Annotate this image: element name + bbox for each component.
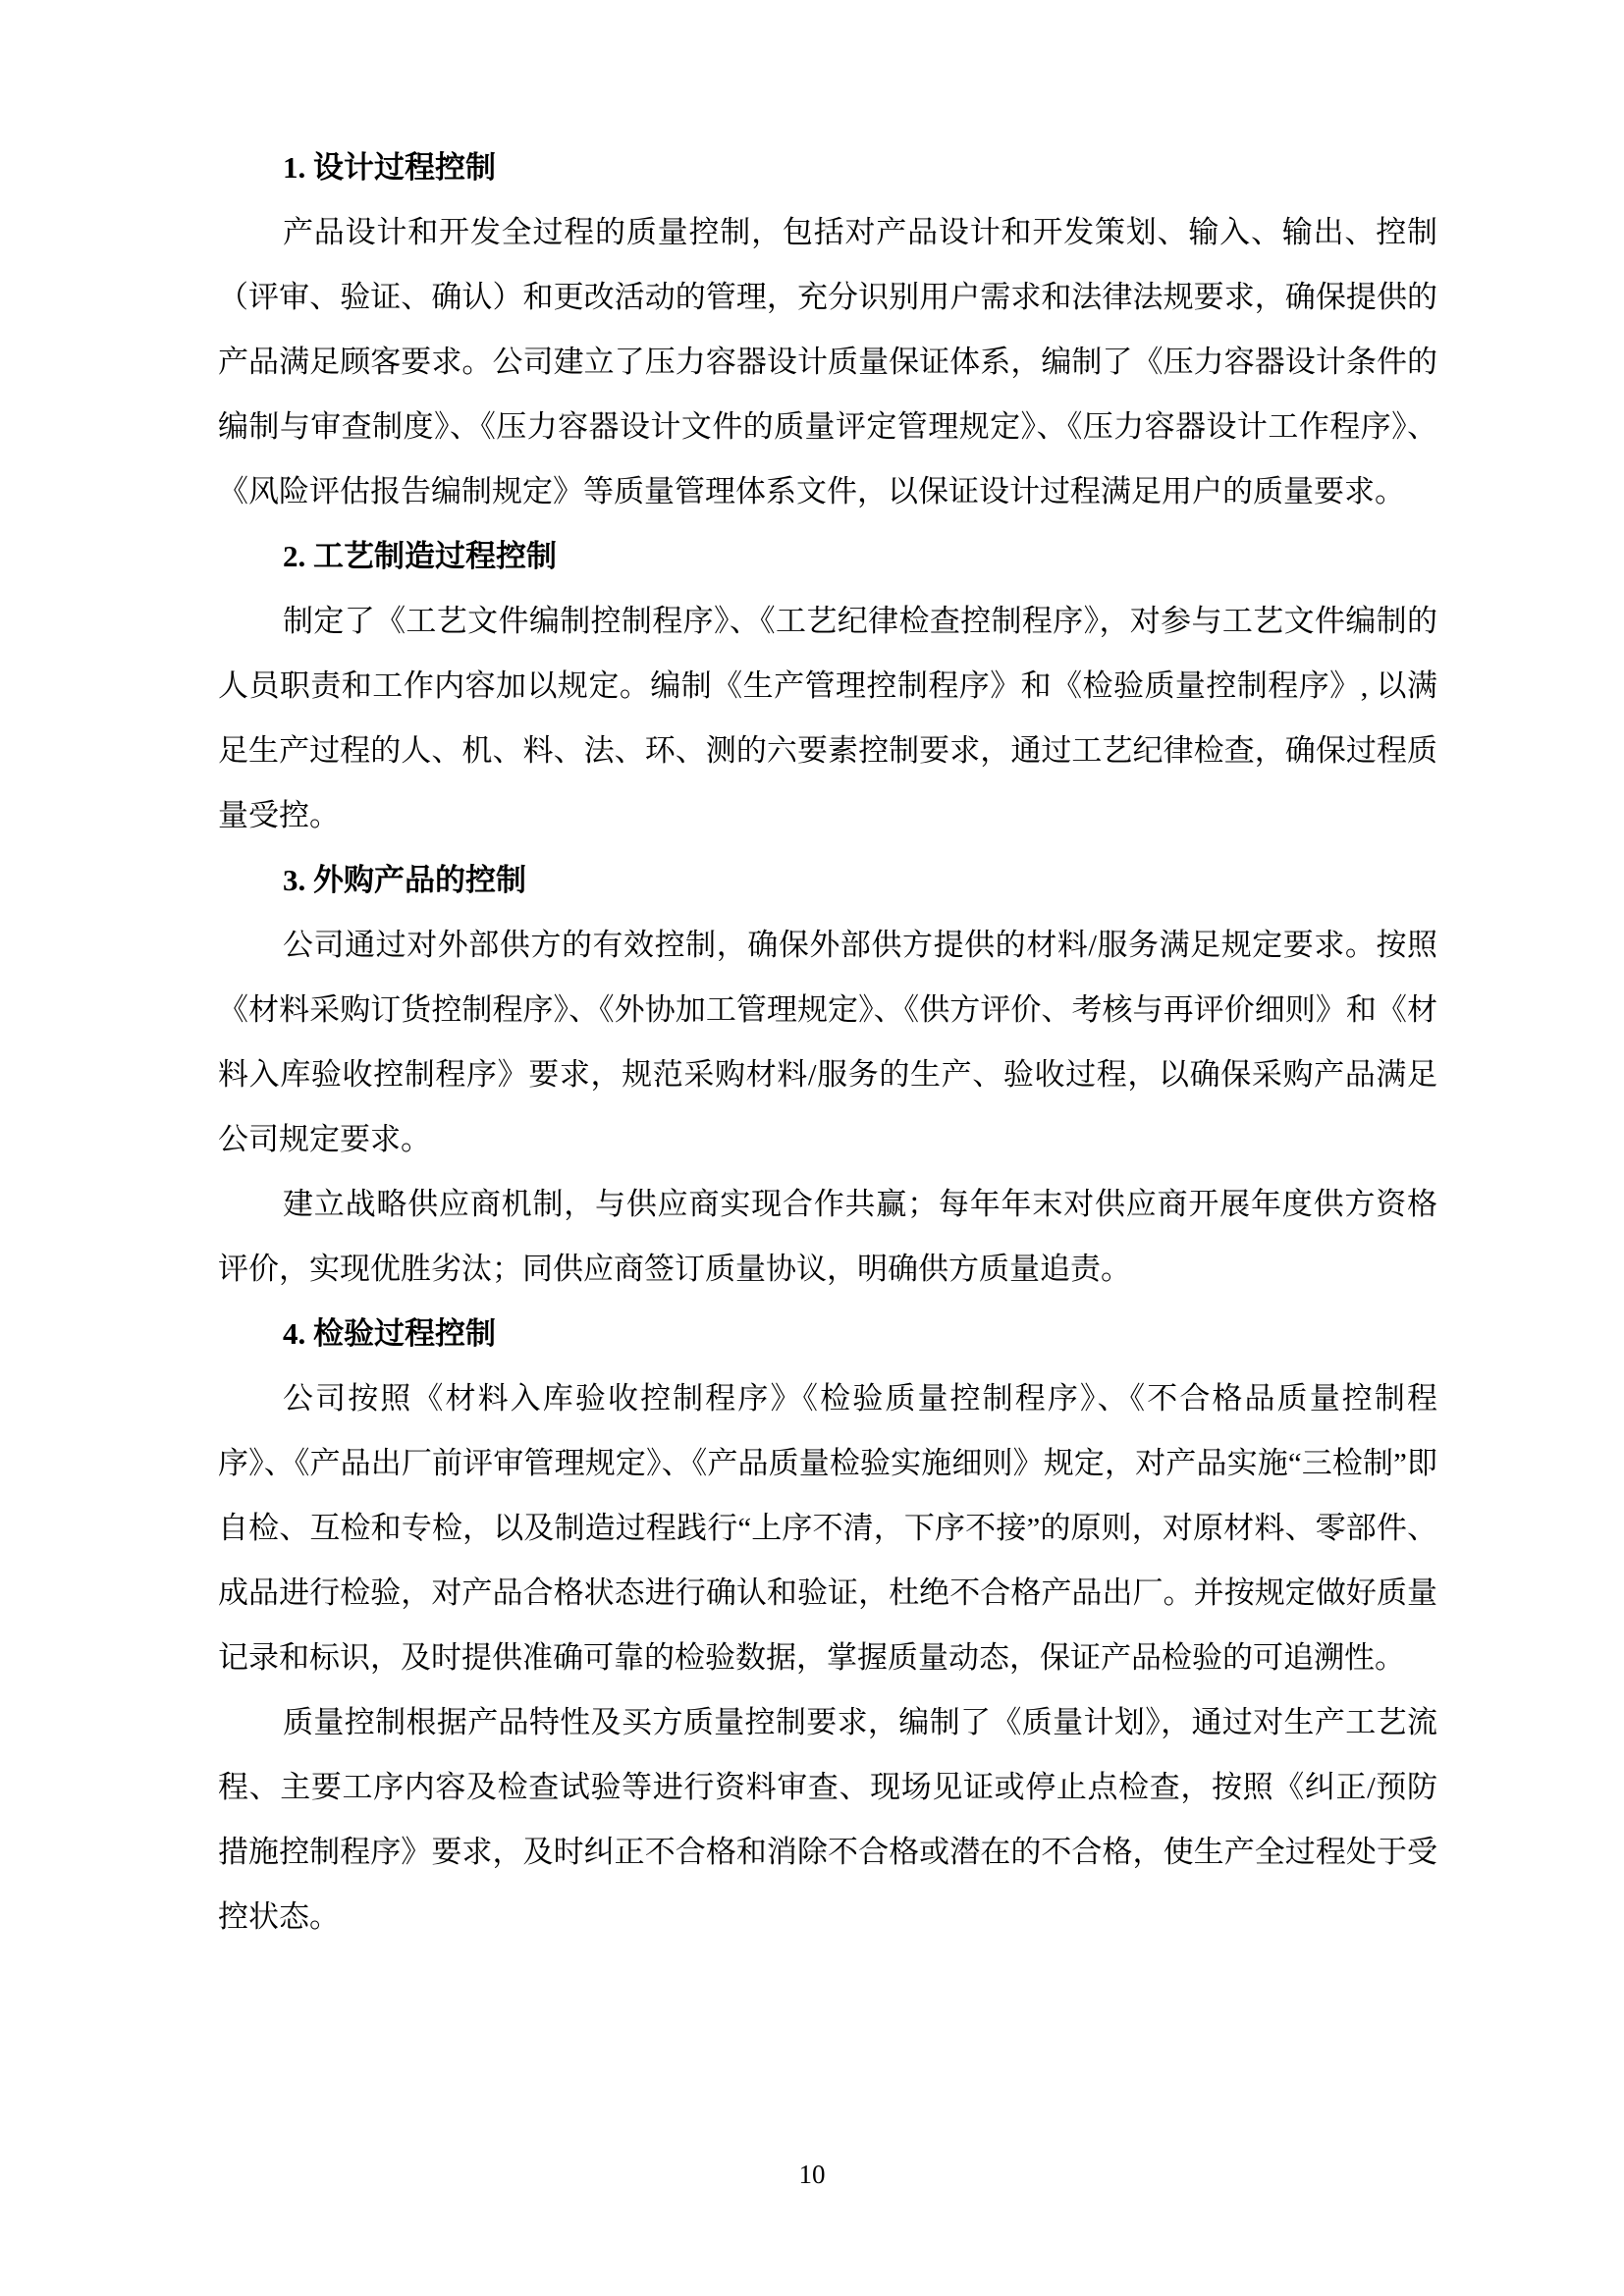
paragraph-manufacturing-process: 制定了《工艺文件编制控制程序》、《工艺纪律检查控制程序》，对参与工艺文件编制的人… [218,589,1437,848]
document-content: 1. 设计过程控制 产品设计和开发全过程的质量控制，包括对产品设计和开发策划、输… [218,135,1437,1949]
paragraph-inspection-process-1: 公司按照《材料入库验收控制程序》《检验质量控制程序》、《不合格品质量控制程序》、… [218,1366,1437,1690]
paragraph-purchased-product-2: 建立战略供应商机制，与供应商实现合作共赢；每年年末对供应商开展年度供方资格评价，… [218,1172,1437,1302]
section-heading-inspection-process-control: 4. 检验过程控制 [218,1302,1437,1366]
paragraph-design-process: 产品设计和开发全过程的质量控制，包括对产品设计和开发策划、输入、输出、控制（评审… [218,200,1437,524]
section-heading-manufacturing-process-control: 2. 工艺制造过程控制 [218,524,1437,589]
paragraph-purchased-product-1: 公司通过对外部供方的有效控制，确保外部供方提供的材料/服务满足规定要求。按照《材… [218,913,1437,1172]
section-heading-purchased-product-control: 3. 外购产品的控制 [218,848,1437,913]
section-heading-design-process-control: 1. 设计过程控制 [218,135,1437,200]
paragraph-inspection-process-2: 质量控制根据产品特性及买方质量控制要求，编制了《质量计划》，通过对生产工艺流程、… [218,1690,1437,1949]
page-number: 10 [0,2155,1624,2194]
document-page: 1. 设计过程控制 产品设计和开发全过程的质量控制，包括对产品设计和开发策划、输… [0,0,1624,2296]
